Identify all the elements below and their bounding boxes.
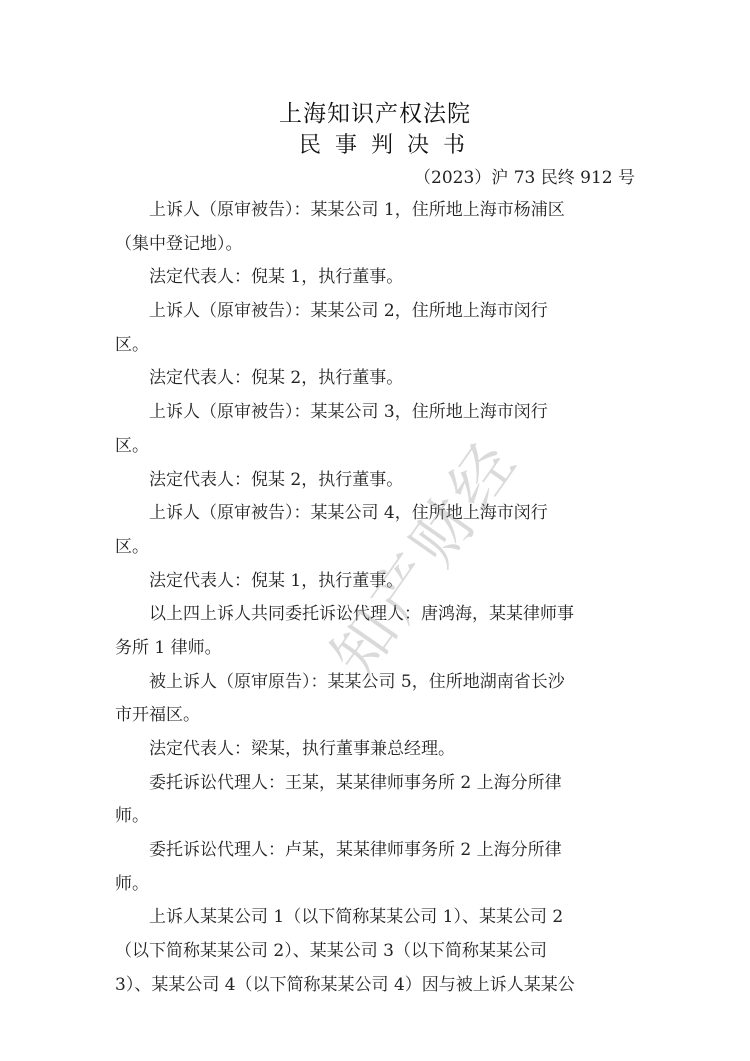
text-line: 上诉人（原审被告）：某某公司 2，住所地上海市闵行: [115, 295, 637, 329]
document-type-title: 民事判决书: [0, 128, 750, 159]
text-line: 上诉人某某公司 1（以下简称某某公司 1）、某某公司 2: [115, 901, 637, 935]
document-body: 上诉人（原审被告）：某某公司 1，住所地上海市杨浦区（集中登记地）。法定代表人：…: [115, 194, 637, 1003]
text-line: （以下简称某某公司 2）、某某公司 3（以下简称某某公司: [115, 935, 637, 969]
text-line: 法定代表人：倪某 2，执行董事。: [115, 362, 637, 396]
text-line: 上诉人（原审被告）：某某公司 4，住所地上海市闵行: [115, 497, 637, 531]
text-line: 区。: [115, 430, 637, 464]
text-line: 上诉人（原审被告）：某某公司 1，住所地上海市杨浦区: [115, 194, 637, 228]
court-name: 上海知识产权法院: [0, 95, 750, 128]
text-line: 务所 1 律师。: [115, 632, 637, 666]
text-line: 法定代表人：倪某 1，执行董事。: [115, 261, 637, 295]
text-line: 法定代表人：梁某，执行董事兼总经理。: [115, 733, 637, 767]
text-line: 委托诉讼代理人：王某，某某律师事务所 2 上海分所律: [115, 767, 637, 801]
text-line: 师。: [115, 868, 637, 902]
text-line: 法定代表人：倪某 1，执行董事。: [115, 565, 637, 599]
text-line: 3）、某某公司 4（以下简称某某公司 4）因与被上诉人某某公: [115, 969, 637, 1003]
text-line: 法定代表人：倪某 2，执行董事。: [115, 464, 637, 498]
text-line: 师。: [115, 800, 637, 834]
text-line: 上诉人（原审被告）：某某公司 3，住所地上海市闵行: [115, 396, 637, 430]
text-line: 以上四上诉人共同委托诉讼代理人：唐鸿海，某某律师事: [115, 598, 637, 632]
text-line: 市开福区。: [115, 699, 637, 733]
text-line: 区。: [115, 531, 637, 565]
text-line: 被上诉人（原审原告）：某某公司 5，住所地湖南省长沙: [115, 666, 637, 700]
text-line: （集中登记地）。: [115, 228, 637, 262]
text-line: 区。: [115, 329, 637, 363]
case-number: （2023）沪 73 民终 912 号: [414, 163, 635, 188]
text-line: 委托诉讼代理人：卢某，某某律师事务所 2 上海分所律: [115, 834, 637, 868]
